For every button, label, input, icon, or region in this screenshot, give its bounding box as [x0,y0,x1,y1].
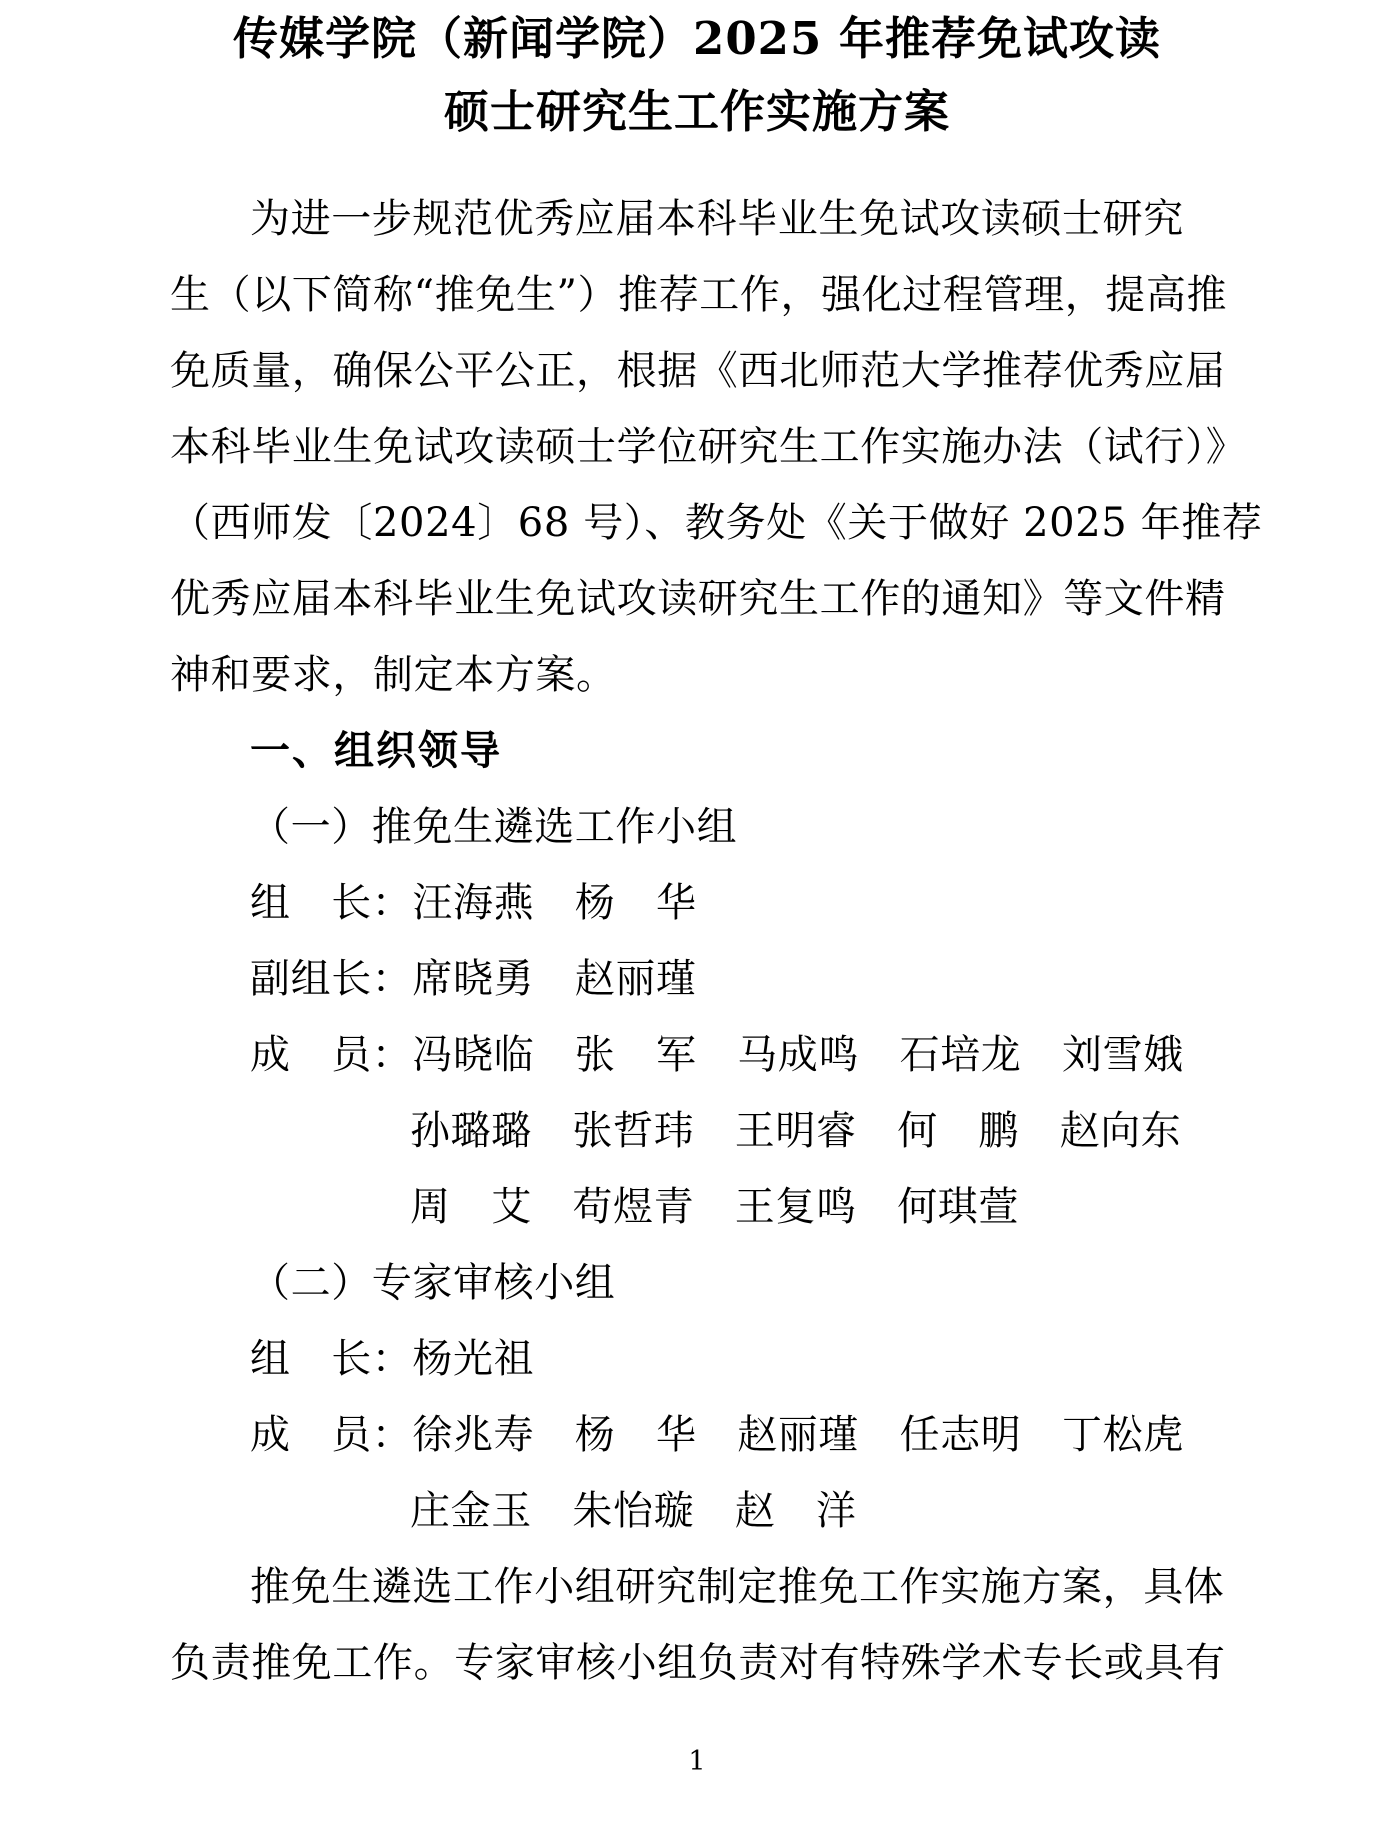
closing-line: 推免生遴选工作小组研究制定推免工作实施方案，具体 [170,1549,1290,1625]
intro-line: （西师发〔2024〕68 号）、教务处《关于做好 2025 年推荐 [170,485,1290,561]
intro-line: 本科毕业生免试攻读硕士学位研究生工作实施办法（试行）》 [170,409,1290,485]
intro-line: 为进一步规范优秀应届本科毕业生免试攻读硕士研究 [170,181,1290,257]
expert-group-leader-line: 组 长：杨光祖 [170,1321,1290,1397]
expert-group-members-line: 成 员：徐兆寿 杨 华 赵丽瑾 任志明 丁松虎 [170,1397,1290,1473]
selection-group-members-line: 周 艾 苟煜青 王复鸣 何琪萱 [170,1169,1290,1245]
document-title: 传媒学院（新闻学院）2025 年推荐免试攻读 硕士研究生工作实施方案 [0,0,1394,148]
intro-line: 神和要求，制定本方案。 [170,637,1290,713]
document-body: 为进一步规范优秀应届本科毕业生免试攻读硕士研究 生（以下简称“推免生”）推荐工作… [170,181,1290,1701]
intro-line: 免质量，确保公平公正，根据《西北师范大学推荐优秀应届 [170,333,1290,409]
selection-group-leader-line: 组 长：汪海燕 杨 华 [170,865,1290,941]
intro-line: 优秀应届本科毕业生免试攻读研究生工作的通知》等文件精 [170,561,1290,637]
selection-group-members-line: 成 员：冯晓临 张 军 马成鸣 石培龙 刘雪娥 [170,1017,1290,1093]
subsection-heading-expert-group: （二）专家审核小组 [170,1245,1290,1321]
document-page: 传媒学院（新闻学院）2025 年推荐免试攻读 硕士研究生工作实施方案 为进一步规… [0,0,1394,1828]
closing-line: 负责推免工作。专家审核小组负责对有特殊学术专长或具有 [170,1625,1290,1701]
intro-line: 生（以下简称“推免生”）推荐工作，强化过程管理，提高推 [170,257,1290,333]
selection-group-members-line: 孙璐璐 张哲玮 王明睿 何 鹏 赵向东 [170,1093,1290,1169]
title-line-2: 硕士研究生工作实施方案 [0,75,1394,148]
expert-group-members-line: 庄金玉 朱怡璇 赵 洋 [170,1473,1290,1549]
section-heading-organization: 一、组织领导 [170,713,1290,789]
title-line-1: 传媒学院（新闻学院）2025 年推荐免试攻读 [0,2,1394,75]
selection-group-deputy-line: 副组长：席晓勇 赵丽瑾 [170,941,1290,1017]
subsection-heading-selection-group: （一）推免生遴选工作小组 [170,789,1290,865]
page-number: 1 [0,1745,1394,1779]
